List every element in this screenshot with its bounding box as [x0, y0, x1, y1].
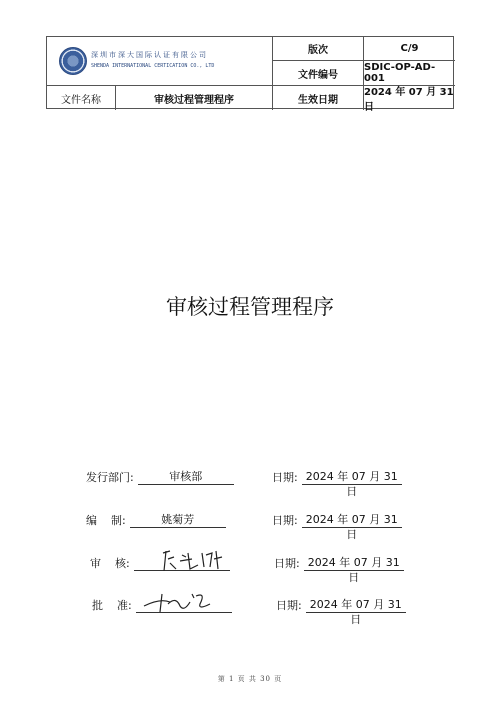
signoff-label: 发行部门: [86, 469, 134, 485]
doc-number-value: SDIC-OP-AD-001 [364, 61, 455, 85]
signoff-label: 批 准: [92, 597, 132, 613]
doc-name-value: 审核过程管理程序 [116, 86, 272, 110]
date-value: 2024 年 07 月 31 日 [302, 469, 402, 485]
date-label: 日期: [272, 512, 298, 528]
signoff-date-prepared: 日期: 2024 年 07 月 31 日 [272, 512, 402, 528]
signoff-date-department: 日期: 2024 年 07 月 31 日 [272, 469, 402, 485]
signoff-label: 编 制: [86, 512, 126, 528]
effective-date-label: 生效日期 [273, 86, 363, 110]
date-value: 2024 年 07 月 31 日 [306, 597, 406, 613]
date-value: 2024 年 07 月 31 日 [302, 512, 402, 528]
date-value: 2024 年 07 月 31 日 [304, 555, 404, 571]
company-logo-block: 深圳市深大国际认证有限公司 SHENDA INTERNATIONAL CERTI… [59, 47, 214, 75]
date-label: 日期: [274, 555, 300, 571]
document-header-table: 深圳市深大国际认证有限公司 SHENDA INTERNATIONAL CERTI… [46, 36, 454, 109]
signoff-value: 审核部 [138, 469, 234, 485]
doc-number-label: 文件编号 [273, 61, 363, 85]
doc-name-label: 文件名称 [47, 86, 115, 110]
signoff-row-prepared: 编 制: 姚菊芳 [86, 512, 226, 528]
signoff-label: 审 核: [90, 555, 130, 571]
company-logo-icon [59, 47, 87, 75]
signoff-row-department: 发行部门: 审核部 [86, 469, 234, 485]
signoff-date-reviewed: 日期: 2024 年 07 月 31 日 [274, 555, 404, 571]
version-label: 版次 [273, 37, 363, 60]
approver-signature [140, 588, 220, 616]
page-title: 审核过程管理程序 [0, 291, 500, 321]
company-name-cn: 深圳市深大国际认证有限公司 [91, 50, 214, 61]
page-number: 第 1 页 共 30 页 [0, 674, 500, 684]
date-label: 日期: [272, 469, 298, 485]
company-name-en: SHENDA INTERNATIONAL CERTICATION CO., LT… [91, 61, 214, 72]
effective-date-value: 2024 年 07 月 31 日 [364, 86, 455, 110]
reviewer-signature [158, 545, 228, 575]
signoff-date-approved: 日期: 2024 年 07 月 31 日 [276, 597, 406, 613]
date-label: 日期: [276, 597, 302, 613]
version-value: C/9 [364, 37, 455, 60]
signoff-value: 姚菊芳 [130, 512, 226, 528]
